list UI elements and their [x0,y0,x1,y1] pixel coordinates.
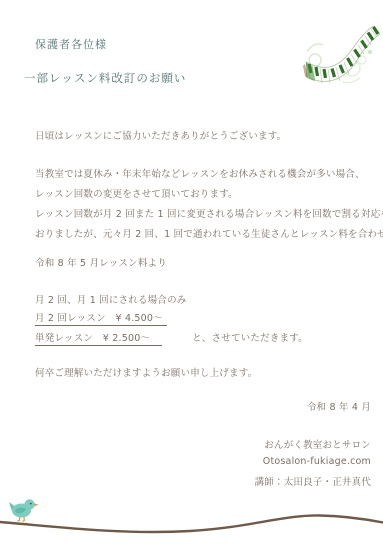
price-suffix: と、させていただきます。 [192,330,308,344]
website-url: Otosalon-fukiage.com [263,456,371,467]
condition-line: 月 2 回、月 1 回にされる場合のみ [35,292,186,306]
price-single-lesson: 単発レッスン ¥ 2.500～ [35,333,162,346]
page-title: 一部レッスン料改訂のお願い [24,70,186,86]
closing-line: 何卒ご理解いただけますようお願い申し上げます。 [35,365,257,379]
bird-icon [7,497,39,525]
price-line-1: 月 2 回レッスン ¥ 4.500～ [35,310,167,324]
paragraph-line: レッスン回数の変更をさせて頂いております。 [35,186,238,200]
piano-keys-icon [302,24,380,86]
paragraph-line: 当教室では夏休み・年末年始などレッスンをお休みされる機会が多い場合、 [35,166,365,180]
price-twice-monthly: 月 2 回レッスン ¥ 4.500～ [35,313,167,326]
letter-page: 保護者各位様 一部レッスン料改訂のお願い [0,0,383,547]
school-name: おんがく教室おとサロン [264,437,371,451]
wavy-branch-line [0,500,383,547]
paragraph-line: おりましたが、元々月 2 回、1 回で通われている生徒さんとレッスン料を合わせ、 [35,226,383,240]
price-line-2: 単発レッスン ¥ 2.500～と、させていただきます。 [35,330,308,344]
greeting-line: 日頃はレッスンにご協力いただきありがとうございます。 [35,128,286,142]
teacher-names: 講師：太田良子・正井真代 [255,474,371,488]
salutation: 保護者各位様 [35,36,107,52]
letter-date: 令和 8 年 4 月 [307,399,371,413]
effective-date-line: 令和 8 年 5 月レッスン料より [35,255,167,269]
paragraph-line: レッスン回数が月 2 回また 1 回に変更される場合レッスン料を回数で割る対応を… [35,206,383,220]
